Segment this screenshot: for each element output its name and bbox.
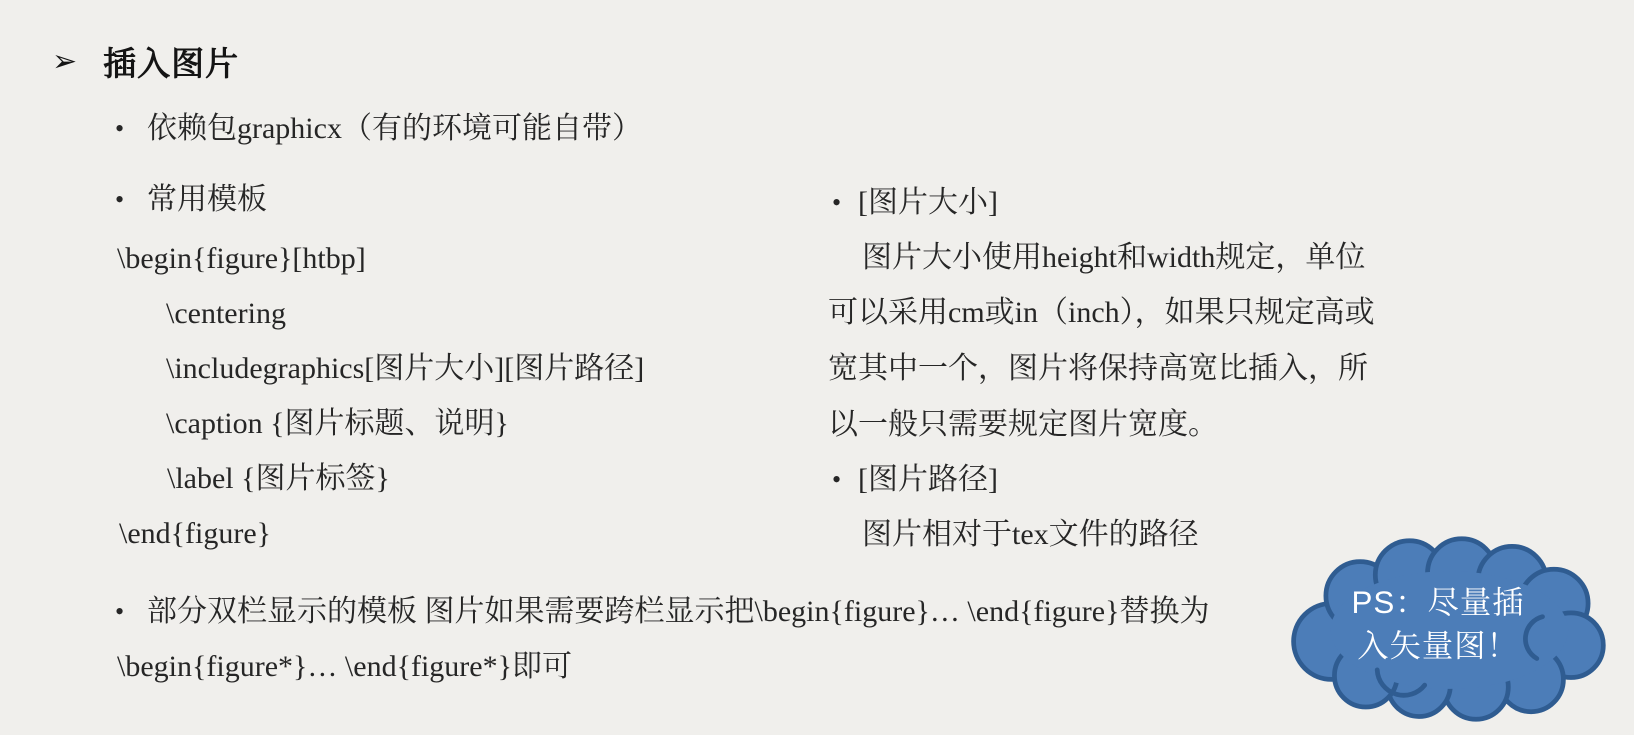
text-line-two-column-2: \begin{figure*}… \end{figure*}即可	[117, 650, 572, 684]
bullet-dot: •	[115, 183, 147, 217]
bullet-item-graphicx: •依赖包graphicx（有的环境可能自带）	[115, 112, 642, 146]
bullet-dot: •	[115, 595, 147, 629]
bullet-item-image-path: •[图片路径]	[832, 463, 998, 497]
cloud-shape-svg: PS：尽量插 入矢量图！	[1280, 535, 1615, 725]
bullet-text: [图片路径]	[858, 463, 998, 496]
slide: ➢ 插入图片 •依赖包graphicx（有的环境可能自带） •常用模板 \beg…	[0, 0, 1634, 735]
bullet-item-template: •常用模板	[115, 183, 267, 217]
code-line-caption: \caption {图片标题、说明}	[166, 407, 509, 441]
code-line-begin-figure: \begin{figure}[htbp]	[117, 242, 366, 276]
bullet-dot: •	[832, 463, 858, 497]
bullet-text: 部分双栏显示的模板 图片如果需要跨栏显示把\begin{figure}… \en…	[147, 595, 1210, 628]
code-line-label: \label {图片标签}	[167, 462, 390, 496]
code-line-end-figure: \end{figure}	[119, 517, 271, 551]
bullet-item-two-column: •部分双栏显示的模板 图片如果需要跨栏显示把\begin{figure}… \e…	[115, 595, 1210, 629]
slide-heading: ➢ 插入图片	[52, 38, 239, 85]
arrow-bullet-icon: ➢	[52, 47, 77, 77]
cloud-text-line-1: PS：尽量插	[1352, 585, 1525, 620]
bullet-text: 依赖包graphicx（有的环境可能自带）	[147, 112, 642, 145]
bullet-dot: •	[832, 186, 858, 220]
cloud-callout: PS：尽量插 入矢量图！	[1280, 535, 1615, 725]
cloud-text-line-2: 入矢量图！	[1357, 629, 1518, 664]
bullet-item-image-size: •[图片大小]	[832, 186, 998, 220]
text-line-path: 图片相对于tex文件的路径	[862, 518, 1199, 552]
text-line-size-4: 以一般只需要规定图片宽度。	[828, 408, 1218, 442]
text-line-size-3: 宽其中一个，图片将保持高宽比插入，所	[828, 352, 1368, 386]
code-line-includegraphics: \includegraphics[图片大小][图片路径]	[166, 352, 644, 386]
text-line-size-1: 图片大小使用height和width规定，单位	[862, 241, 1365, 275]
bullet-text: [图片大小]	[858, 186, 998, 219]
bullet-text: 常用模板	[147, 183, 267, 216]
text-line-size-2: 可以采用cm或in（inch），如果只规定高或	[828, 296, 1375, 330]
code-line-centering: \centering	[166, 297, 286, 331]
page-title: 插入图片	[103, 38, 239, 85]
bullet-dot: •	[115, 112, 147, 146]
